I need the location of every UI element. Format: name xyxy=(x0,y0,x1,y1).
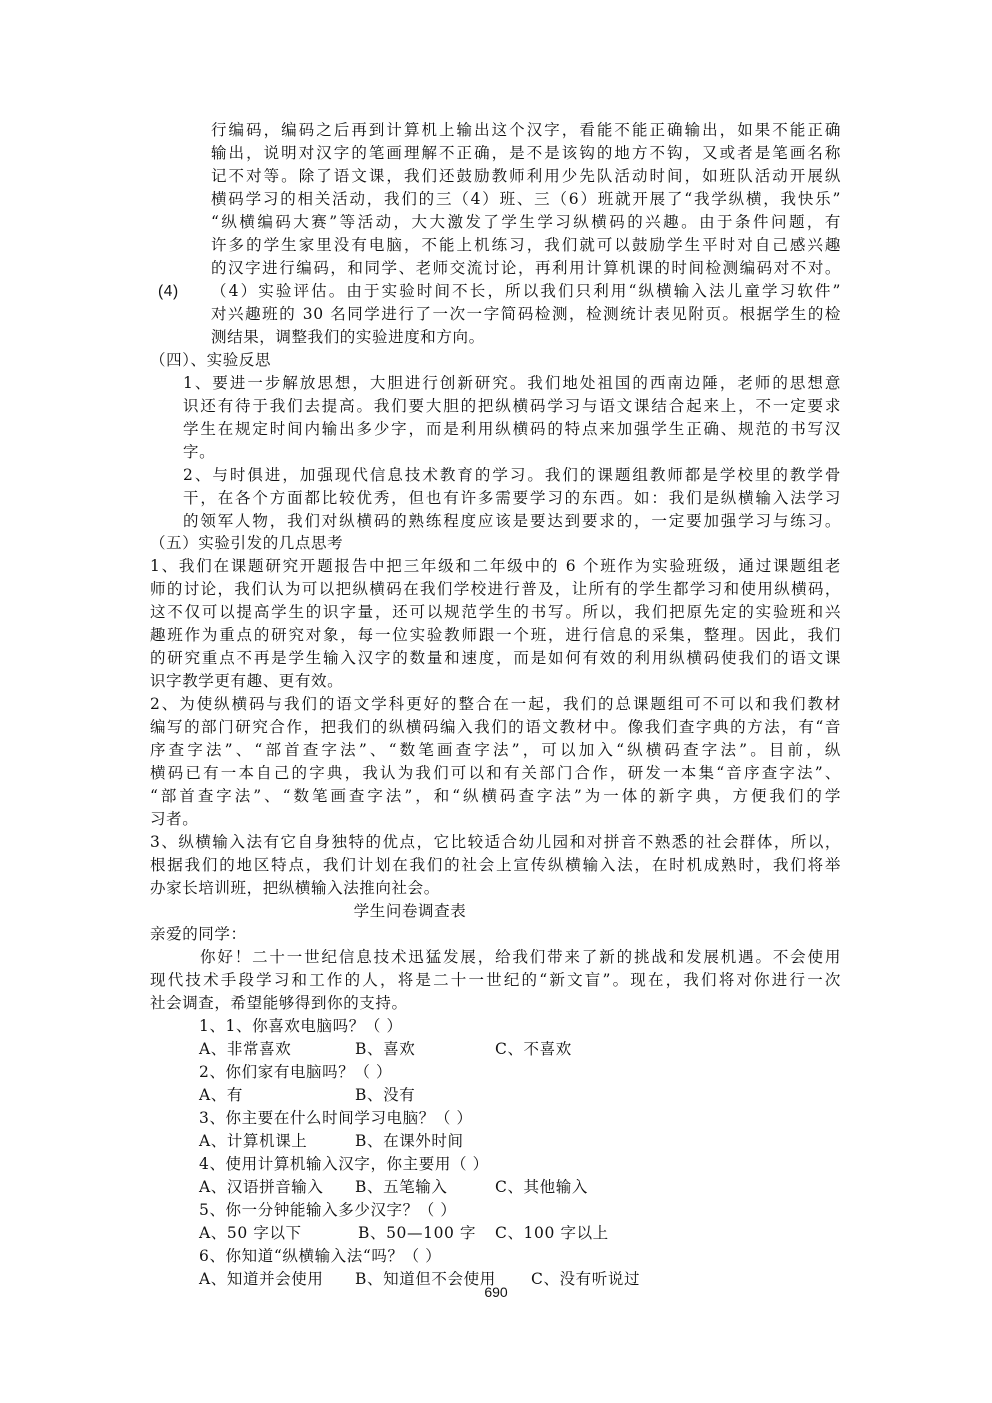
section-heading: （四）、实验反思 xyxy=(150,349,271,372)
questionnaire-title: 学生问卷调查表 xyxy=(150,900,670,923)
option-a: A、非常喜欢 xyxy=(199,1038,291,1061)
thought-line: 1、我们在课题研究开题报告中把三年级和二年级中的 6 个班作为实验班级，通过课题… xyxy=(150,555,841,578)
thought-line: 编写的部门研究合作，把我们的纵横码编入我们的语文教材中。像我们查字典的方法，有“… xyxy=(150,716,841,739)
thought-line: 3、纵横输入法有它自身独特的优点，它比较适合幼儿园和对拼音不熟悉的社会群体，所以… xyxy=(150,831,841,854)
reflection-line: 2、与时俱进，加强现代信息技术教育的学习。我们的课题组教师都是学校里的教学骨 xyxy=(183,464,841,487)
thought-line: 办家长培训班，把纵横输入法推向社会。 xyxy=(150,877,440,900)
question-6: 6、你知道“纵横输入法“吗？（ ） xyxy=(199,1245,441,1268)
reflection-line: 学生在规定时间内输出多少字，而是利用纵横码的特点来加强学生正确、规范的书写汉 xyxy=(183,418,841,441)
question-4: 4、使用计算机输入汉字，你主要用（ ） xyxy=(199,1153,489,1176)
thought-line: “部首查字法”、“数笔画查字法”，和“纵横码查字法”为一体的新字典，方便我们的学 xyxy=(150,785,841,808)
section-heading: （五）实验引发的几点思考 xyxy=(150,532,343,555)
thought-line: 的研究重点不再是学生输入汉字的数量和速度，而是如何有效的利用纵横码使我们的语文课 xyxy=(150,647,841,670)
thought-line: 序查字法”、“部首查字法”、“数笔画查字法”，可以加入“纵横码查字法”。目前，纵 xyxy=(150,739,841,762)
reflection-line: 字。 xyxy=(183,441,215,464)
reflection-line: 识还有待于我们去提高。我们要大胆的把纵横码学习与语文课结合起来上，不一定要求 xyxy=(183,395,841,418)
intro-line: 你好！二十一世纪信息技术迅猛发展，给我们带来了新的挑战和发展机遇。不会使用 xyxy=(200,946,841,969)
option-b: B、喜欢 xyxy=(355,1038,415,1061)
thought-line: 师的讨论，我们认为可以把纵横码在我们学校进行普及，让所有的学生都学习和使用纵横码… xyxy=(150,578,841,601)
paragraph-line: 行编码，编码之后再到计算机上输出这个汉字，看能不能正确输出，如果不能正确 xyxy=(211,119,841,142)
reflection-line: 的领军人物，我们对纵横码的熟练程度应该是要达到要求的，一定要加强学习与练习。 xyxy=(183,510,841,533)
option-b: B、50—100 字 xyxy=(358,1222,476,1245)
option-b: B、在课外时间 xyxy=(355,1130,464,1153)
question-2: 2、你们家有电脑吗？（ ） xyxy=(199,1061,392,1084)
option-a: A、汉语拼音输入 xyxy=(199,1176,324,1199)
paragraph-line: 横码学习的相关活动，我们的三（4）班、三（6）班就开展了“我学纵横，我快乐” xyxy=(211,188,841,211)
item4-line: 测结果，调整我们的实验进度和方向。 xyxy=(211,326,485,349)
question-1: 1、1、你喜欢电脑吗？（ ） xyxy=(199,1015,403,1038)
option-a: A、有 xyxy=(199,1084,243,1107)
option-a: A、50 字以下 xyxy=(199,1222,302,1245)
option-b: B、没有 xyxy=(355,1084,415,1107)
question-3: 3、你主要在什么时间学习电脑？（ ） xyxy=(199,1107,473,1130)
paragraph-line: 许多的学生家里没有电脑，不能上机练习，我们就可以鼓励学生平时对自己感兴趣 xyxy=(211,234,841,257)
item4-line: 对兴趣班的 30 名同学进行了一次一字简码检测，检测统计表见附页。根据学生的检 xyxy=(211,303,841,326)
item4-line: （4）实验评估。由于实验时间不长，所以我们只利用“纵横输入法儿童学习软件” xyxy=(211,280,841,303)
thought-line: 识字教学更有趣、更有效。 xyxy=(150,670,343,693)
option-c: C、不喜欢 xyxy=(495,1038,572,1061)
option-a: A、计算机课上 xyxy=(199,1130,307,1153)
option-c: C、100 字以上 xyxy=(495,1222,609,1245)
option-b: B、五笔输入 xyxy=(355,1176,448,1199)
document-page: 行编码，编码之后再到计算机上输出这个汉字，看能不能正确输出，如果不能正确 输出，… xyxy=(0,0,992,1403)
question-5: 5、你一分钟能输入多少汉字？（ ） xyxy=(199,1199,457,1222)
thought-line: 根据我们的地区特点，我们计划在我们的社会上宣传纵横输入法，在时机成熟时，我们将举 xyxy=(150,854,841,877)
thought-line: 2、为使纵横码与我们的语文学科更好的整合在一起，我们的总课题组可不可以和我们教材 xyxy=(150,693,841,716)
thought-line: 趣班作为重点的研究对象，每一位实验教师跟一个班，进行信息的采集，整理。因此，我们 xyxy=(150,624,841,647)
list-marker: (4) xyxy=(158,280,179,303)
reflection-line: 干，在各个方面都比较优秀，但也有许多需要学习的东西。如：我们是纵横输入法学习 xyxy=(183,487,841,510)
option-c: C、其他输入 xyxy=(495,1176,588,1199)
paragraph-line: “纵横编码大赛”等活动，大大激发了学生学习纵横码的兴趣。由于条件问题，有 xyxy=(211,211,841,234)
intro-line: 社会调查，希望能够得到你的支持。 xyxy=(150,992,408,1015)
thought-line: 横码已有一本自己的字典，我认为我们可以和有关部门合作，研发一本集“音序查字法”、 xyxy=(150,762,841,785)
paragraph-line: 记不对等。除了语文课，我们还鼓励教师利用少先队活动时间，如班队活动开展纵 xyxy=(211,165,841,188)
salutation: 亲爱的同学： xyxy=(150,923,247,946)
thought-line: 这不仅可以提高学生的识字量，还可以规范学生的书写。所以，我们把原先定的实验班和兴 xyxy=(150,601,841,624)
intro-line: 现代技术手段学习和工作的人，将是二十一世纪的“新文盲”。现在，我们将对你进行一次 xyxy=(150,969,841,992)
reflection-line: 1、要进一步解放思想，大胆进行创新研究。我们地处祖国的西南边陲，老师的思想意 xyxy=(183,372,841,395)
paragraph-line: 输出，说明对汉字的笔画理解不正确，是不是该钩的地方不钩，又或者是笔画名称 xyxy=(211,142,841,165)
thought-line: 习者。 xyxy=(150,808,198,831)
paragraph-line: 的汉字进行编码，和同学、老师交流讨论，再利用计算机课的时间检测编码对不对。 xyxy=(211,257,841,280)
page-number: 690 xyxy=(0,1284,992,1300)
